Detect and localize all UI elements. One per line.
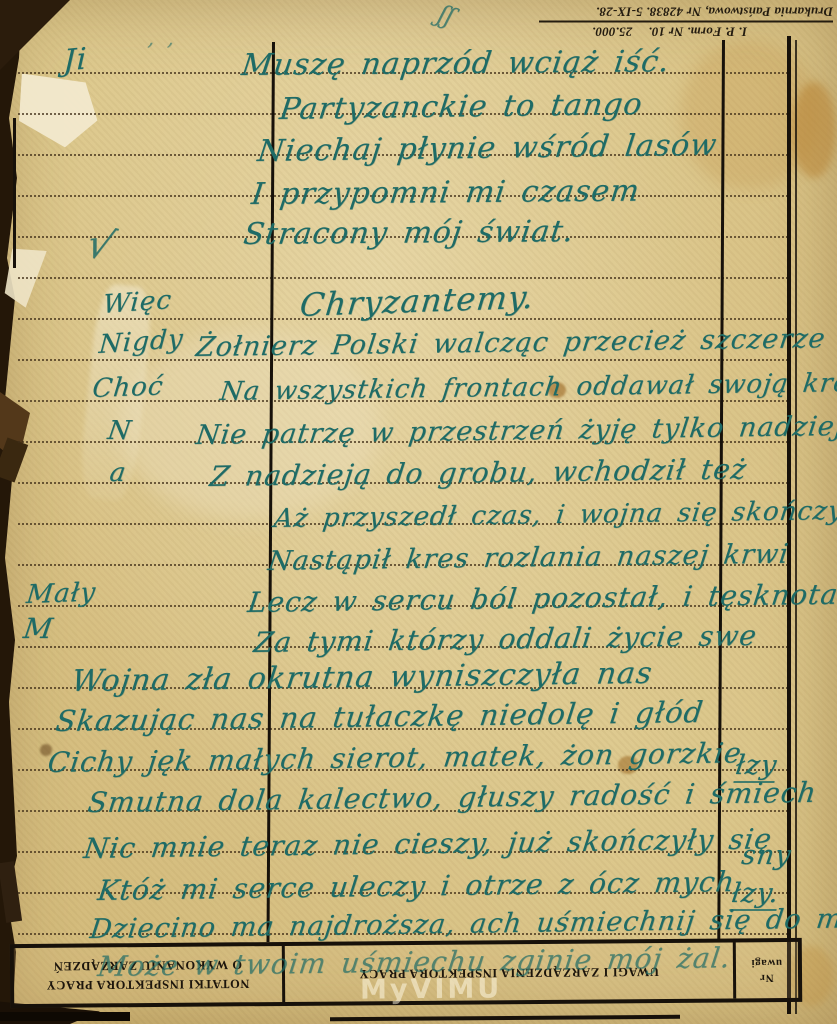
handwriting-line: Nigdy [98,324,185,360]
page-border-left-fragment [13,118,16,268]
handwriting-line: Niechaj płynie wśród lasów [256,128,720,169]
page-border-right-inner [795,40,797,1014]
handwriting-line: N [106,416,134,446]
scanned-page: I. P. Form. Nr 10. 25.000. Drukarnia Pań… [0,0,837,1024]
printed-imprint: I. P. Form. Nr 10. 25.000. Drukarnia Pań… [420,3,833,40]
ruled-line [18,277,788,279]
handwriting-line: M [21,612,55,645]
handwriting-line: sny [740,840,794,871]
handwriting-line: Za tymi którzy oddali życie swe [252,619,759,659]
handwriting-line: Ji [63,42,88,79]
printer-line: Drukarnia Państwowa, Nr 42838. 5-IX-28. [420,3,833,19]
handwriting-line: Muszę naprzód wciąż iść. [239,44,672,83]
watermark: MyVIMU [360,973,502,1005]
handwriting-line: , , [147,26,177,50]
footer-no-line2: uwagi [751,955,782,970]
imprint-rule [539,20,833,22]
handwriting-line: Partyzanckie to tango [278,87,645,127]
form-number: I. P. Form. Nr 10. [648,23,747,39]
handwriting-line: Więc [102,285,173,320]
handwriting-line: I przypomni mi czasem [249,174,642,212]
footer-cell-number: Nr uwagi [736,942,798,998]
handwriting-line: Stracony mój świat. [241,214,576,252]
print-run: 25.000. [592,23,632,39]
handwriting-line: Choć [91,372,165,404]
handwriting-line: Mały [25,578,98,610]
footer-no-line1: Nr [751,970,782,985]
